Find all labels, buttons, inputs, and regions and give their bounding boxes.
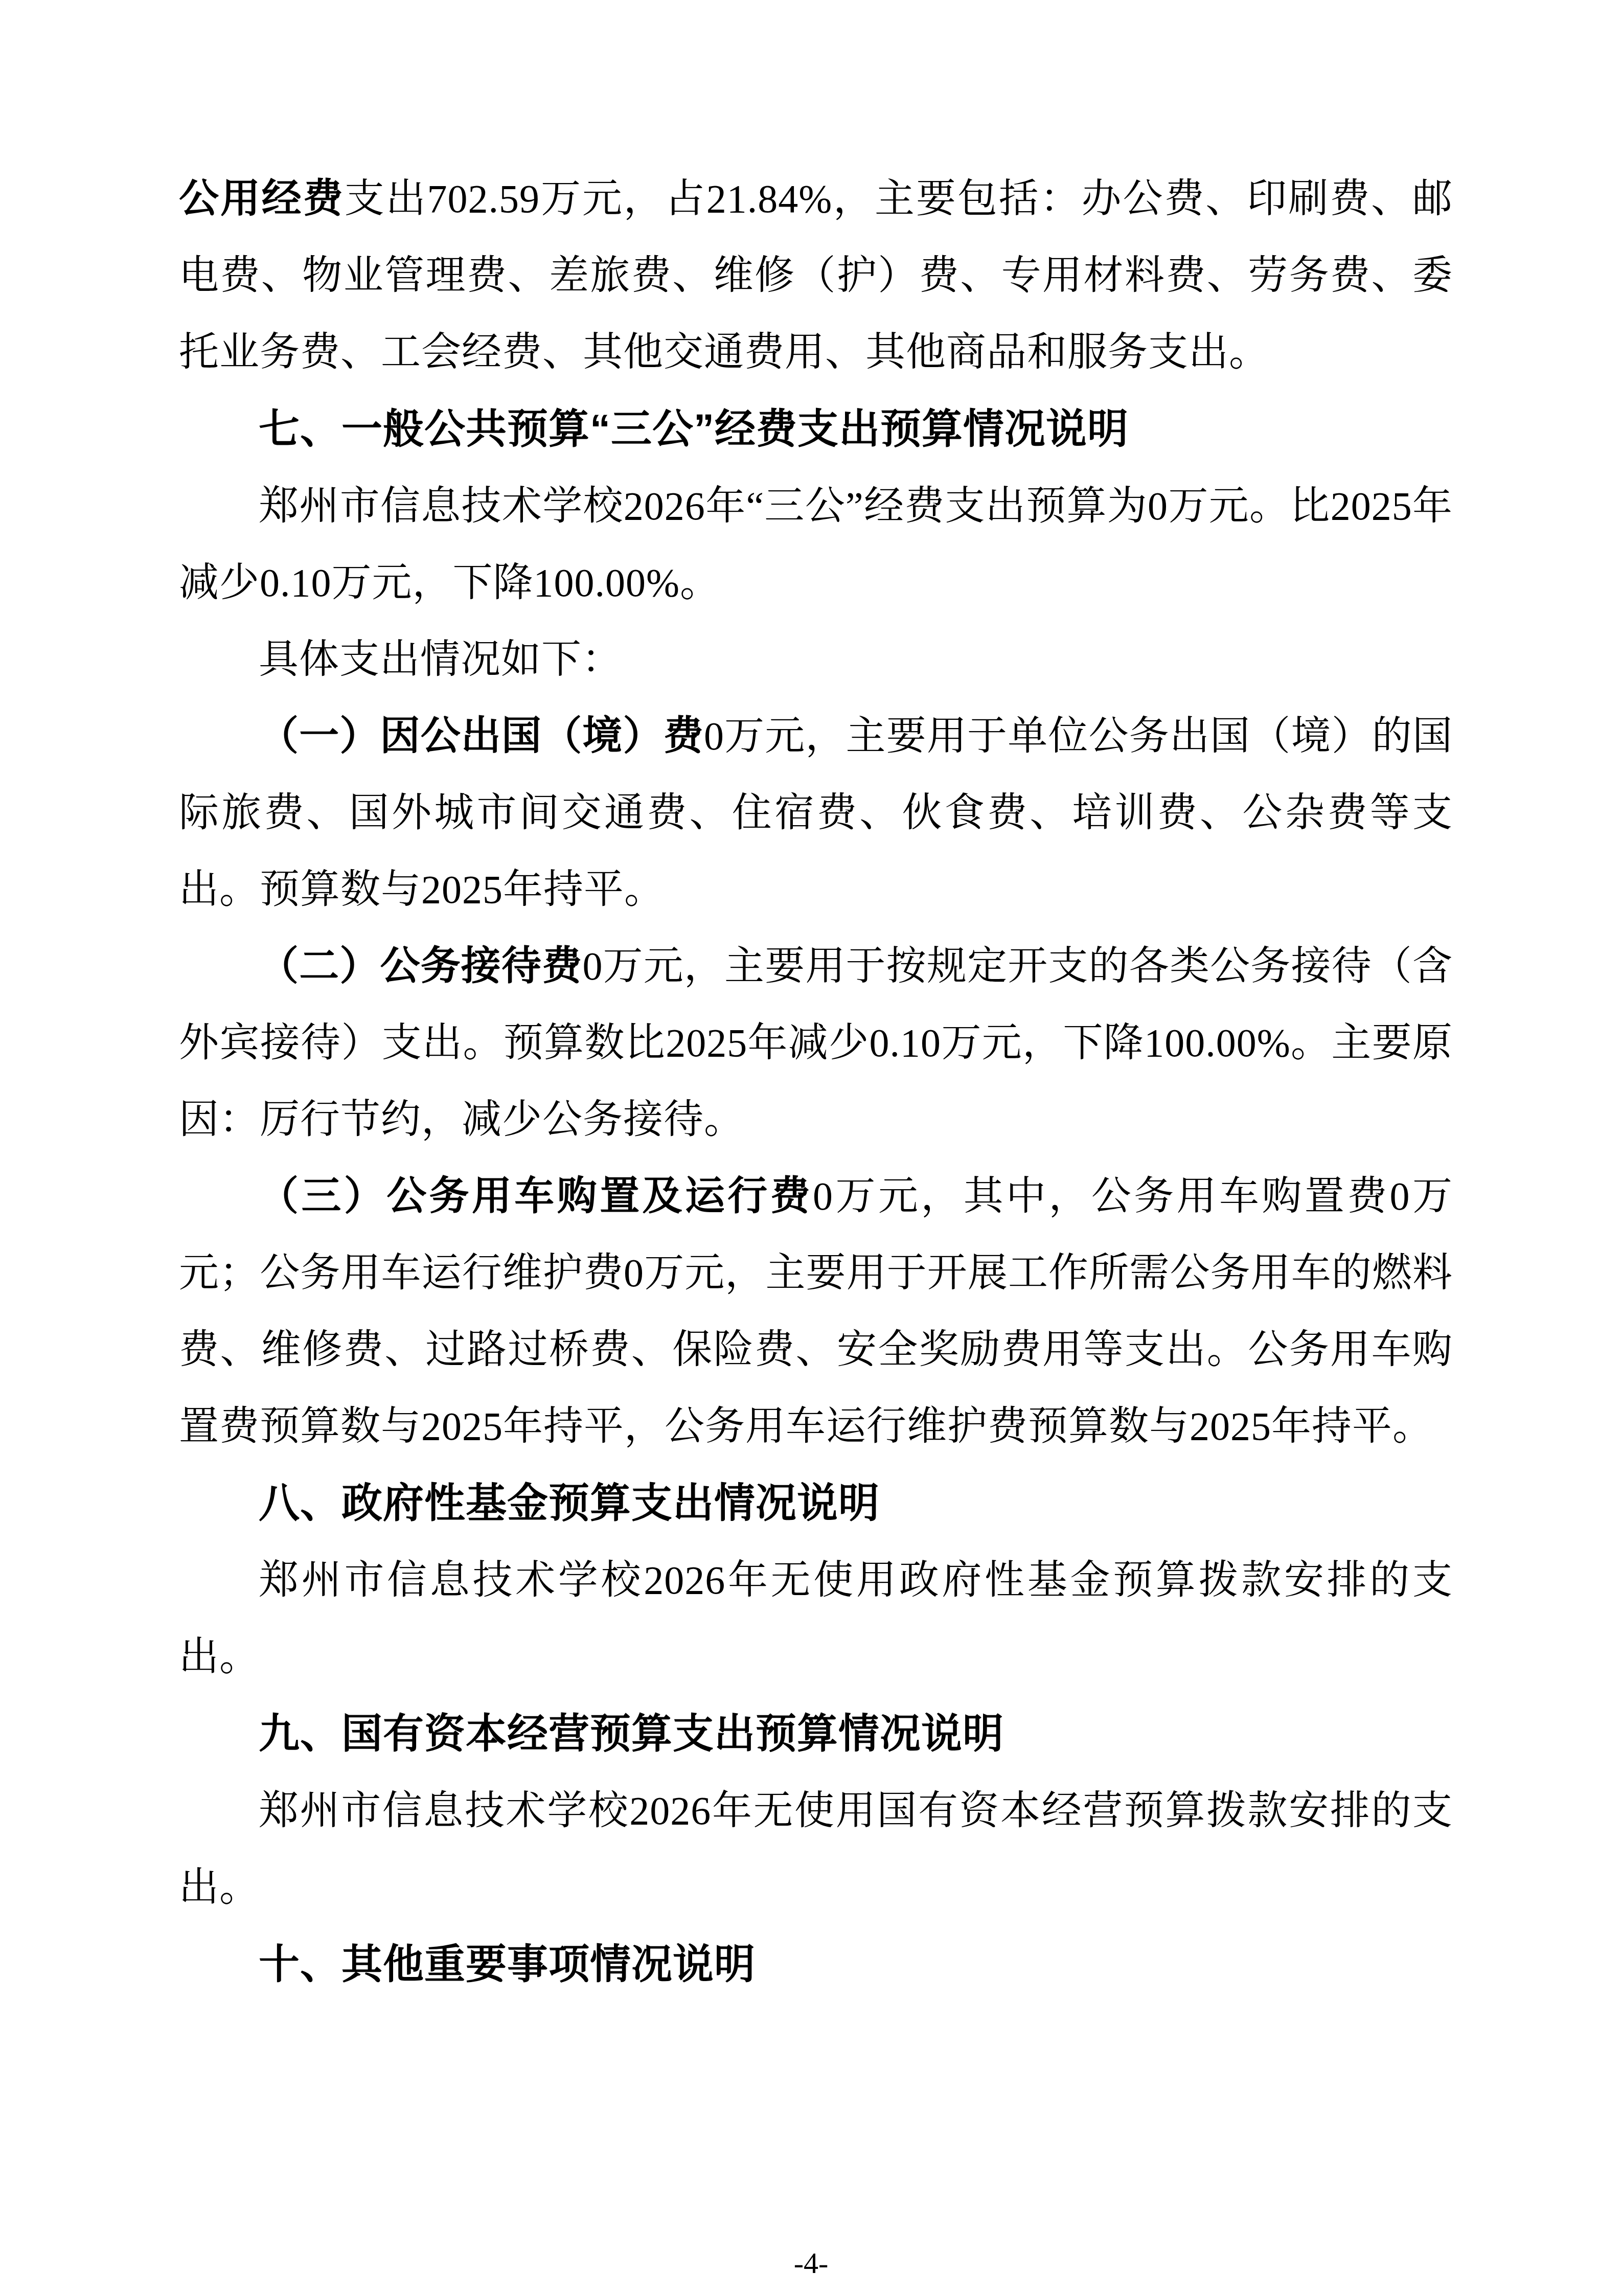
section-heading: 八、政府性基金预算支出情况说明 <box>179 1465 1453 1542</box>
paragraph-bold-lead: （一）因公出国（境）费 <box>259 714 704 758</box>
body-paragraph: （一）因公出国（境）费0万元，主要用于单位公务出国（境）的国际旅费、国外城市间交… <box>179 698 1453 928</box>
paragraph-text: 支出702.59万元，占21.84%，主要包括：办公费、印刷费、邮电费、物业管理… <box>179 176 1453 374</box>
paragraph-bold-lead: （三）公务用车购置及运行费 <box>259 1174 813 1218</box>
body-paragraph: 郑州市信息技术学校2026年无使用政府性基金预算拨款安排的支出。 <box>179 1542 1453 1695</box>
body-paragraph: （二）公务接待费0万元，主要用于按规定开支的各类公务接待（含外宾接待）支出。预算… <box>179 928 1453 1158</box>
paragraph-bold-lead: 公用经费 <box>179 176 345 221</box>
section-heading-text: 十、其他重要事项情况说明 <box>259 1941 756 1987</box>
section-heading-text: 九、国有资本经营预算支出预算情况说明 <box>259 1711 1004 1756</box>
paragraph-text: 具体支出情况如下： <box>259 637 622 681</box>
paragraph-text: 郑州市信息技术学校2026年无使用政府性基金预算拨款安排的支出。 <box>179 1558 1453 1679</box>
body-paragraph: 郑州市信息技术学校2026年“三公”经费支出预算为0万元。比2025年减少0.1… <box>179 468 1453 621</box>
section-heading-text: 七、一般公共预算“三公”经费支出预算情况说明 <box>259 406 1129 451</box>
document-body: 公用经费支出702.59万元，占21.84%，主要包括：办公费、印刷费、邮电费、… <box>179 161 1453 2003</box>
body-paragraph: 郑州市信息技术学校2026年无使用国有资本经营预算拨款安排的支出。 <box>179 1772 1453 1926</box>
body-paragraph: （三）公务用车购置及运行费0万元，其中，公务用车购置费0万元；公务用车运行维护费… <box>179 1158 1453 1465</box>
section-heading: 七、一般公共预算“三公”经费支出预算情况说明 <box>179 391 1453 468</box>
paragraph-text: 郑州市信息技术学校2026年“三公”经费支出预算为0万元。比2025年减少0.1… <box>179 484 1453 605</box>
page-number: -4- <box>0 2247 1622 2279</box>
paragraph-bold-lead: （二）公务接待费 <box>259 944 582 988</box>
paragraph-text: 郑州市信息技术学校2026年无使用国有资本经营预算拨款安排的支出。 <box>179 1788 1453 1909</box>
document-page: 公用经费支出702.59万元，占21.84%，主要包括：办公费、印刷费、邮电费、… <box>0 0 1622 2296</box>
section-heading: 十、其他重要事项情况说明 <box>179 1926 1453 2003</box>
body-paragraph: 公用经费支出702.59万元，占21.84%，主要包括：办公费、印刷费、邮电费、… <box>179 161 1453 391</box>
section-heading: 九、国有资本经营预算支出预算情况说明 <box>179 1695 1453 1772</box>
section-heading-text: 八、政府性基金预算支出情况说明 <box>259 1480 880 1526</box>
body-paragraph: 具体支出情况如下： <box>179 621 1453 698</box>
